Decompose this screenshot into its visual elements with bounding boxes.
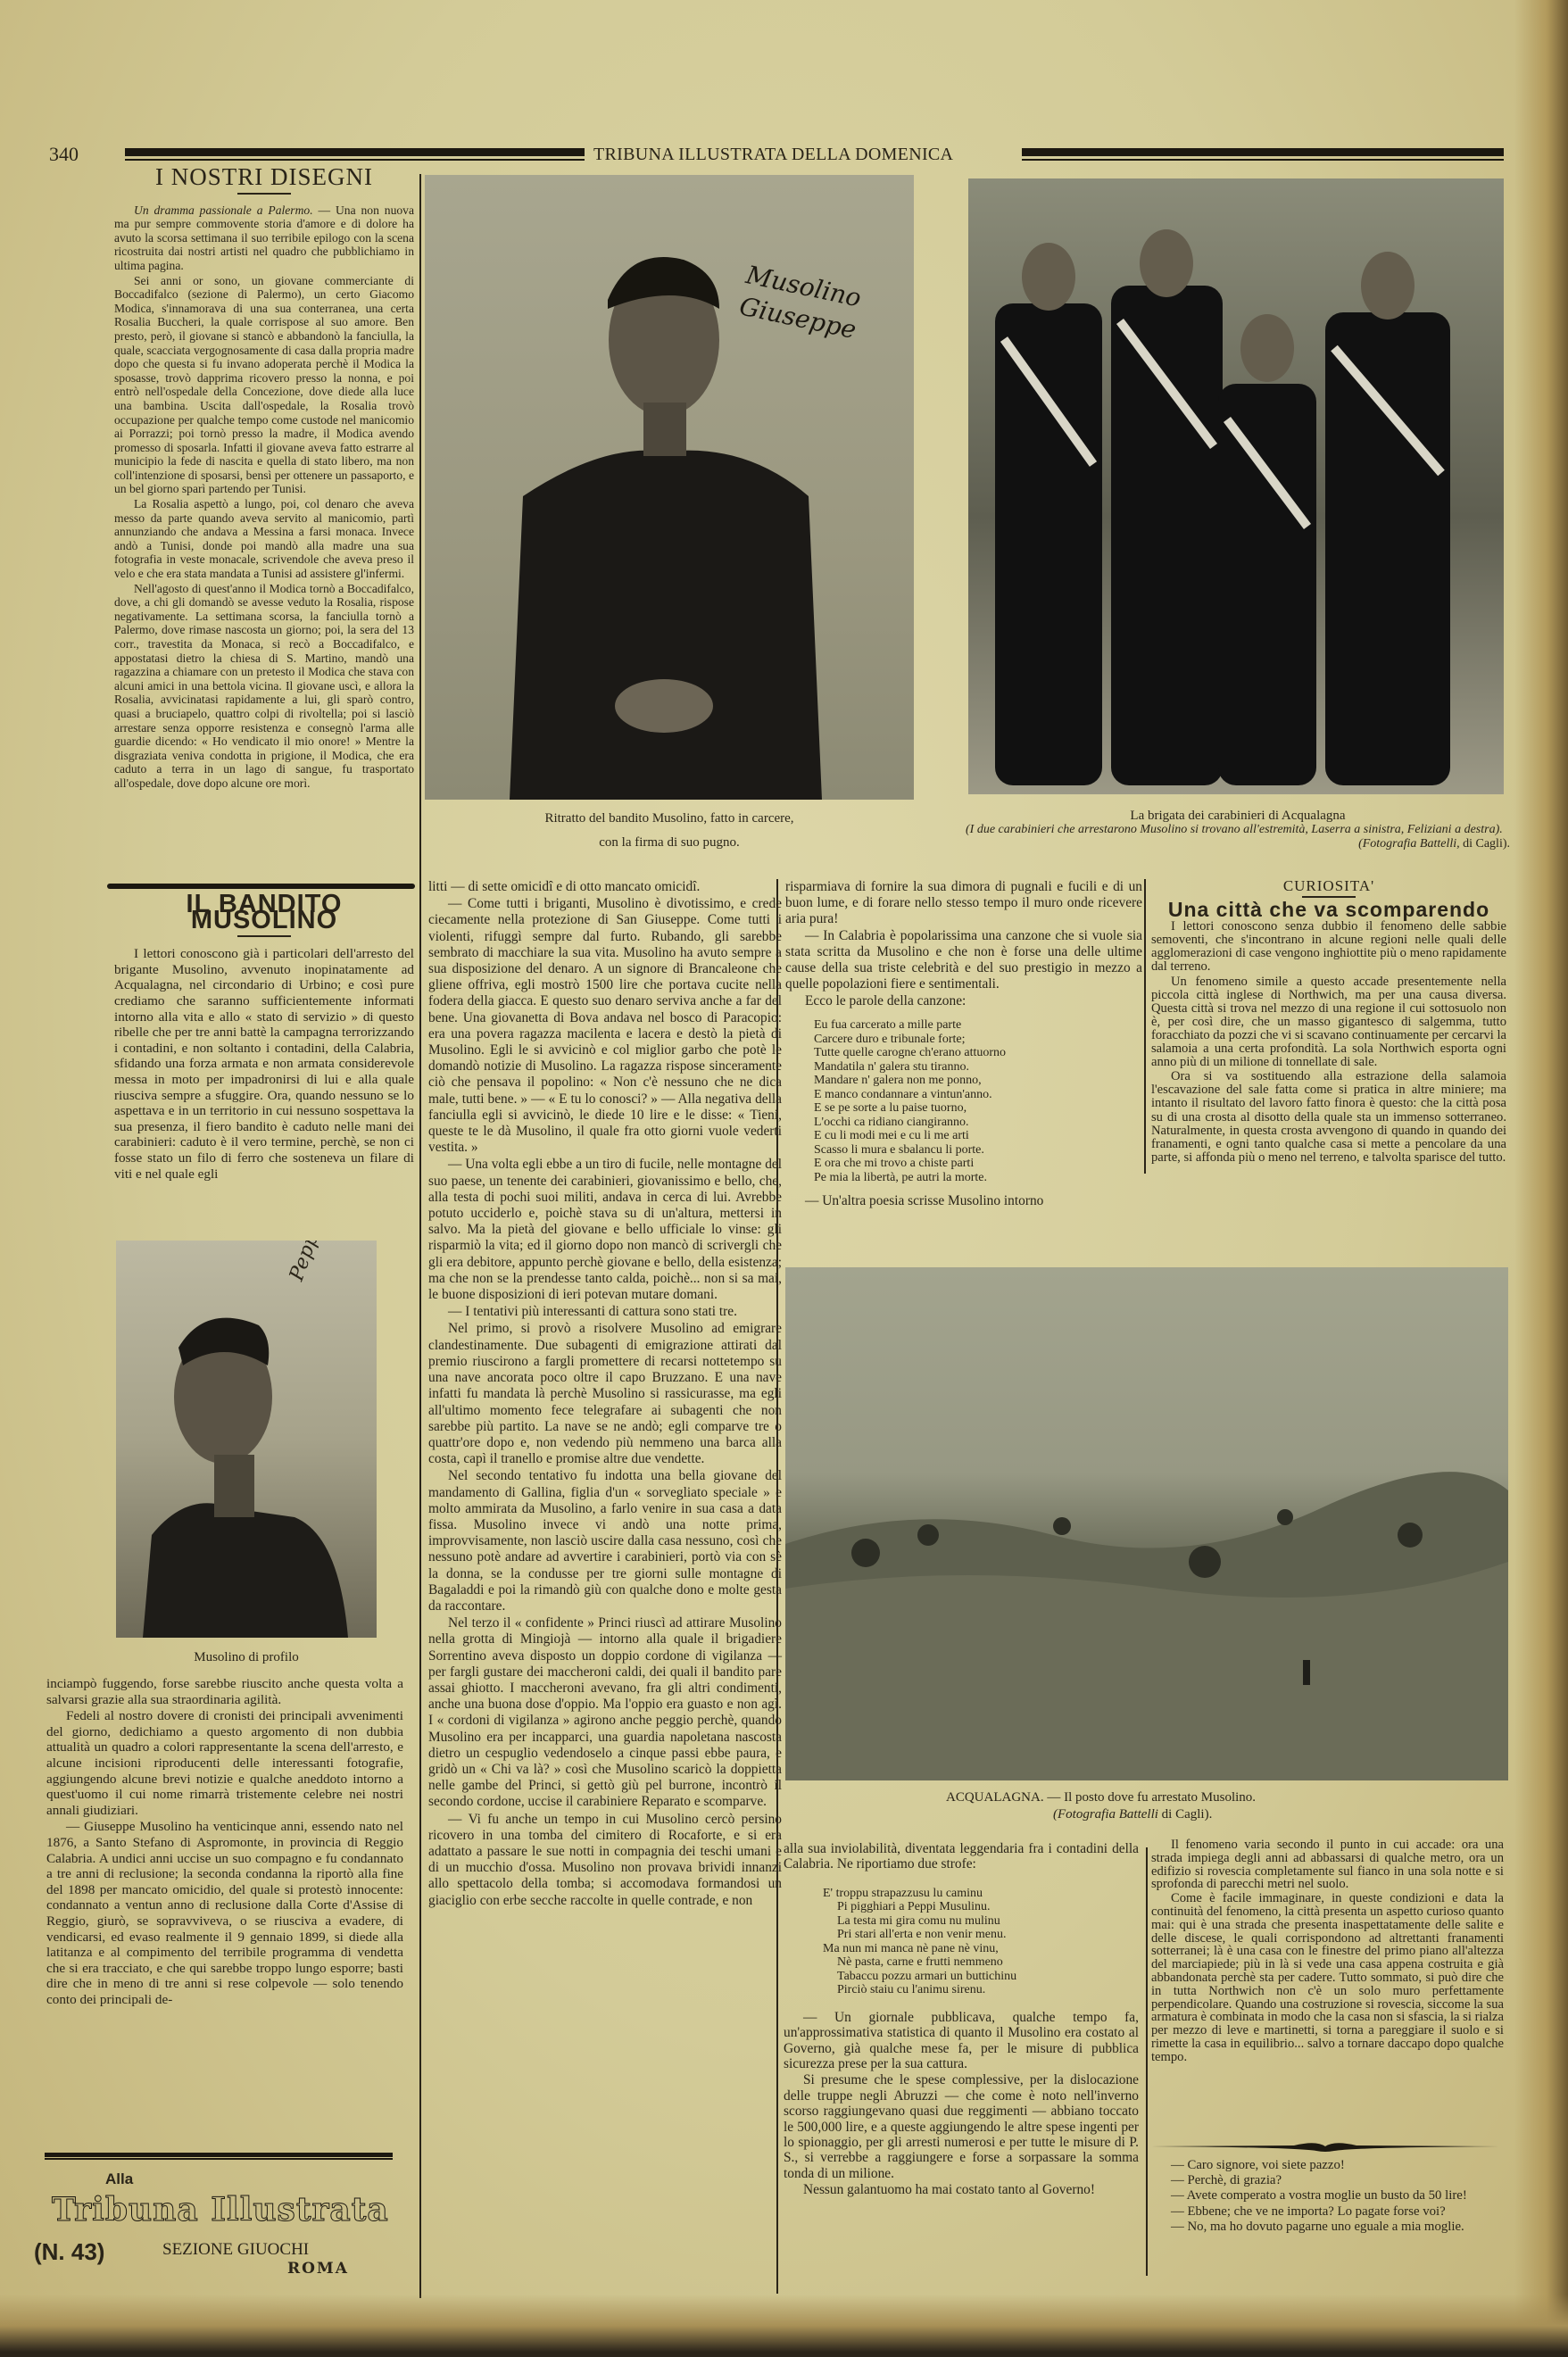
dialogue-line: — Avete comperato a vostra moglie un bus… [1151,2188,1504,2203]
newspaper-page: 340 TRIBUNA ILLUSTRATA DELLA DOMENICA I … [0,0,1568,2357]
landscape-photo [785,1267,1508,1780]
dialogue-line: — No, ma ho dovuto pagarne uno eguale a … [1151,2220,1504,2234]
article-curiosita: CURIOSITA' Una città che va scomparendo … [1151,879,1506,1166]
carabinieri-photo [968,178,1504,794]
paragraph: alla sua inviolabilità, diventata leggen… [784,1841,1139,1872]
song-lyrics: Eu fua carcerato a mille parte Carcere d… [814,1018,1142,1184]
profile-portrait-illustration [116,1241,377,1638]
caption-title: ACQUALAGNA. — Il posto dove fu arrestato… [946,1789,1517,1806]
heading-divider [237,935,291,937]
paragraph: Un fenomeno simile a questo accade prese… [1151,975,1506,1070]
article-curiosita-continued: Il fenomeno varia secondo il punto in cu… [1151,1838,1504,2065]
strofe-lyrics: E' troppu strapazzusu lu caminu Pi piggh… [823,1887,1139,1997]
paper-edge-bottom [0,2295,1568,2357]
portrait-photo: Musolino Giuseppe [425,175,914,800]
article-bandito-col3-bottom: alla sua inviolabilità, diventata leggen… [784,1841,1139,2199]
paper-edge-shadow [1514,0,1568,2357]
poem-line: Ma nun mi manca nè pane nè vinu, [823,1942,1139,1956]
poem-line: Scasso li mura e sbalancu li porte. [814,1143,1142,1158]
coupon-city: ROMA [287,2260,349,2278]
paragraph: I lettori conoscono senza dubbio il feno… [1151,920,1506,974]
column-rule [776,879,778,2294]
coupon-title: Tribuna Illustrata [52,2191,389,2228]
photo-credit: (Fotografia Battelli, [1358,837,1460,851]
caption-line: Ritratto del bandito Musolino, fatto in … [425,810,914,827]
poem-line: Tutte quelle carogne ch'erano attuorno [814,1046,1142,1060]
paragraph: — I tentativi più interessanti di cattur… [428,1304,782,1320]
paragraph: Sei anni or sono, un giovane commerciant… [114,274,414,497]
poem-line: E manco condannare a vintun'anno. [814,1088,1142,1102]
article-bandito-col3-top: risparmiava di fornire la sua dimora di … [785,879,1142,1210]
section-heading: I NOSTRI DISEGNI [114,170,414,186]
poem-line: Pe mia la libertà, pe autri la morte. [814,1171,1142,1185]
ornamental-divider [1151,2140,1499,2153]
landscape-illustration [785,1267,1508,1780]
article-bandito-col1-continued: inciampò fuggendo, forse sarebbe riuscit… [46,1676,403,2008]
paragraph: Il fenomeno varia secondo il punto in cu… [1151,1838,1504,1891]
lead-title: Un dramma passionale a Palermo. [134,203,313,217]
paragraph: — Un'altra poesia scrisse Musolino intor… [785,1193,1142,1209]
dialogue-line: — Perchè, di grazia? [1151,2173,1504,2187]
paragraph: Si presume che le spese complessive, per… [784,2072,1139,2181]
caption-line: con la firma di suo pugno. [425,834,914,851]
article-bandito-col2: litti — di sette omicidî e di otto manca… [428,879,782,1910]
poem-line: Mandare n' galera non me ponno, [814,1074,1142,1088]
portrait-caption: Ritratto del bandito Musolino, fatto in … [425,810,914,851]
carabinieri-group-illustration [968,178,1504,794]
paragraph: — Una volta egli ebbe a un tiro di fucil… [428,1157,782,1303]
paragraph: Nell'agosto di quest'anno il Modica torn… [114,582,414,791]
paragraph: — In Calabria è popolarissima una canzon… [785,928,1142,992]
poem-line: Carcere duro e tribunale forte; [814,1033,1142,1047]
paragraph: Nel terzo il « confidente » Princi riusc… [428,1615,782,1810]
portrait-illustration [425,175,914,800]
poem-line: E ora che mi trovo a chiste parti [814,1157,1142,1171]
paragraph: Ora si va sostituendo alla estrazione de… [1151,1070,1506,1165]
heading-divider [237,193,291,195]
column-rule [1146,1847,1148,2276]
dialogue-line: — Caro signore, voi siete pazzo! [1151,2158,1504,2172]
landscape-caption: ACQUALAGNA. — Il posto dove fu arrestato… [946,1789,1517,1823]
paragraph: litti — di sette omicidî e di otto manca… [428,879,782,895]
publication-title: TRIBUNA ILLUSTRATA DELLA DOMENICA [593,145,953,165]
poem-line: Mandatila n' galera stu tiranno. [814,1060,1142,1075]
poem-line: La testa mi gira comu nu mulinu [823,1914,1139,1929]
page-number: 340 [49,143,79,166]
section-heading: IL BANDITO MUSOLINO [114,897,414,928]
paragraph: Nessun galantuomo ha mai costato tanto a… [784,2182,1139,2197]
paragraph: La Rosalia aspettò a lungo, poi, col den… [114,497,414,581]
carabinieri-caption: La brigata dei carabinieri di Acqualagna… [966,809,1510,851]
photo-credit: (Fotografia Battelli [1053,1807,1158,1822]
paragraph: Nel primo, si provò a risolvere Musolino… [428,1321,782,1467]
paragraph: Nel secondo tentativo fu indotta una bel… [428,1468,782,1614]
poem-line: E cu li modi mei e cu li me arti [814,1129,1142,1143]
caption-detail: (I due carabinieri che arrestarono Musol… [966,823,1503,836]
photo-credit-place: di Cagli). [1162,1807,1213,1822]
paragraph: Come è facile immaginare, in queste cond… [1151,1892,1504,2063]
dialogue-line: — Ebbene; che ve ne importa? Lo pagate f… [1151,2204,1504,2219]
poem-line: E se pe sorte a lu paise tuorno, [814,1101,1142,1116]
poem-line: Pi pigghiari a Peppi Musulinu. [823,1900,1139,1914]
coupon-section: SEZIONE GIUOCHI [162,2240,309,2260]
header-rule-right [1022,148,1504,161]
profile-photo: Peppino Musolino [116,1241,377,1638]
paragraph: risparmiava di fornire la sua dimora di … [785,879,1142,927]
paragraph: I lettori conoscono già i particolari de… [114,946,414,1182]
photo-credit-place: di Cagli). [1463,837,1510,851]
poem-line: Eu fua carcerato a mille parte [814,1018,1142,1033]
paragraph: — Come tutti i briganti, Musolino è divo… [428,896,782,1156]
joke-dialogue: — Caro signore, voi siete pazzo! — Perch… [1151,2158,1504,2235]
paragraph: — Vi fu anche un tempo in cui Musolino c… [428,1812,782,1909]
paragraph: — Un giornale pubblicava, qualche tempo … [784,2010,1139,2072]
profile-caption: Musolino di profilo [116,1649,377,1666]
poem-line: L'occhi ca ridiano ciangiranno. [814,1116,1142,1130]
coupon-number: (N. 43) [34,2238,104,2266]
poem-line: Pri stari all'erta e non venir menu. [823,1928,1139,1942]
paragraph: Fedeli al nostro dovere di cronisti dei … [46,1708,403,1818]
article-bandito-col1: IL BANDITO MUSOLINO I lettori conoscono … [114,897,414,1183]
poem-line: Nè pasta, carne e frutti nemmeno [823,1955,1139,1970]
poem-line: Pirciò staiu cu l'animu sirenu. [823,1983,1139,1997]
column-rule [419,174,421,2298]
coupon-alla: Alla [105,2170,133,2188]
poem-line: E' troppu strapazzusu lu caminu [823,1887,1139,1901]
section-rule [107,884,415,889]
coupon-rule [45,2153,393,2160]
section-kicker: CURIOSITA' [1151,879,1506,892]
column-rule [1144,879,1146,1174]
section-heading: Una città che va scomparendo [1151,903,1506,917]
paragraph: inciampò fuggendo, forse sarebbe riuscit… [46,1676,403,1707]
header-rule-left [125,148,585,161]
paragraph: Ecco le parole della canzone: [785,993,1142,1009]
caption-title: La brigata dei carabinieri di Acqualagna [966,809,1510,823]
poem-line: Tabaccu pozzu armari un buttichinu [823,1970,1139,1984]
article-nostri-disegni: I NOSTRI DISEGNI Un dramma passionale a … [114,170,414,792]
paragraph: — Giuseppe Musolino ha venticinque anni,… [46,1819,403,2007]
